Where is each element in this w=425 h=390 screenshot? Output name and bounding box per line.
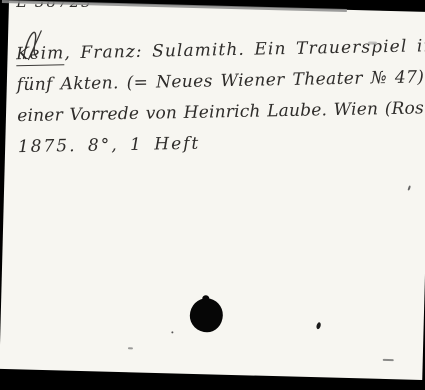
entry-line-2: fünf Akten. (= Neues Wiener Theater № 47… [16, 66, 425, 97]
catalog-card: L 38723 Keim, Franz: Sulamith. Ein Traue… [0, 1, 425, 380]
ink-speck [407, 185, 411, 190]
scan-noise-speck [383, 359, 394, 361]
entry-line-4: 1875. 8°, 1 Heft [18, 133, 201, 158]
ink-blot [189, 298, 223, 333]
entry-line-1-rest: , Franz: Sulamith. Ein Trauerspiel in [64, 36, 425, 63]
author-surname: Keim [16, 43, 65, 66]
scan-noise-speck [368, 41, 377, 44]
entry-text: Keim, Franz: Sulamith. Ein Trauerspiel i… [16, 35, 425, 43]
entry-line-1: Keim, Franz: Sulamith. Ein Trauerspiel i… [16, 35, 425, 65]
scanned-catalog-card-photo: L 38723 Keim, Franz: Sulamith. Ein Traue… [0, 0, 425, 390]
scan-noise-speck [128, 347, 133, 349]
entry-line-3: einer Vorrede von Heinrich Laube. Wien (… [17, 97, 425, 128]
ink-speck [171, 331, 173, 333]
ink-speck [316, 322, 322, 330]
